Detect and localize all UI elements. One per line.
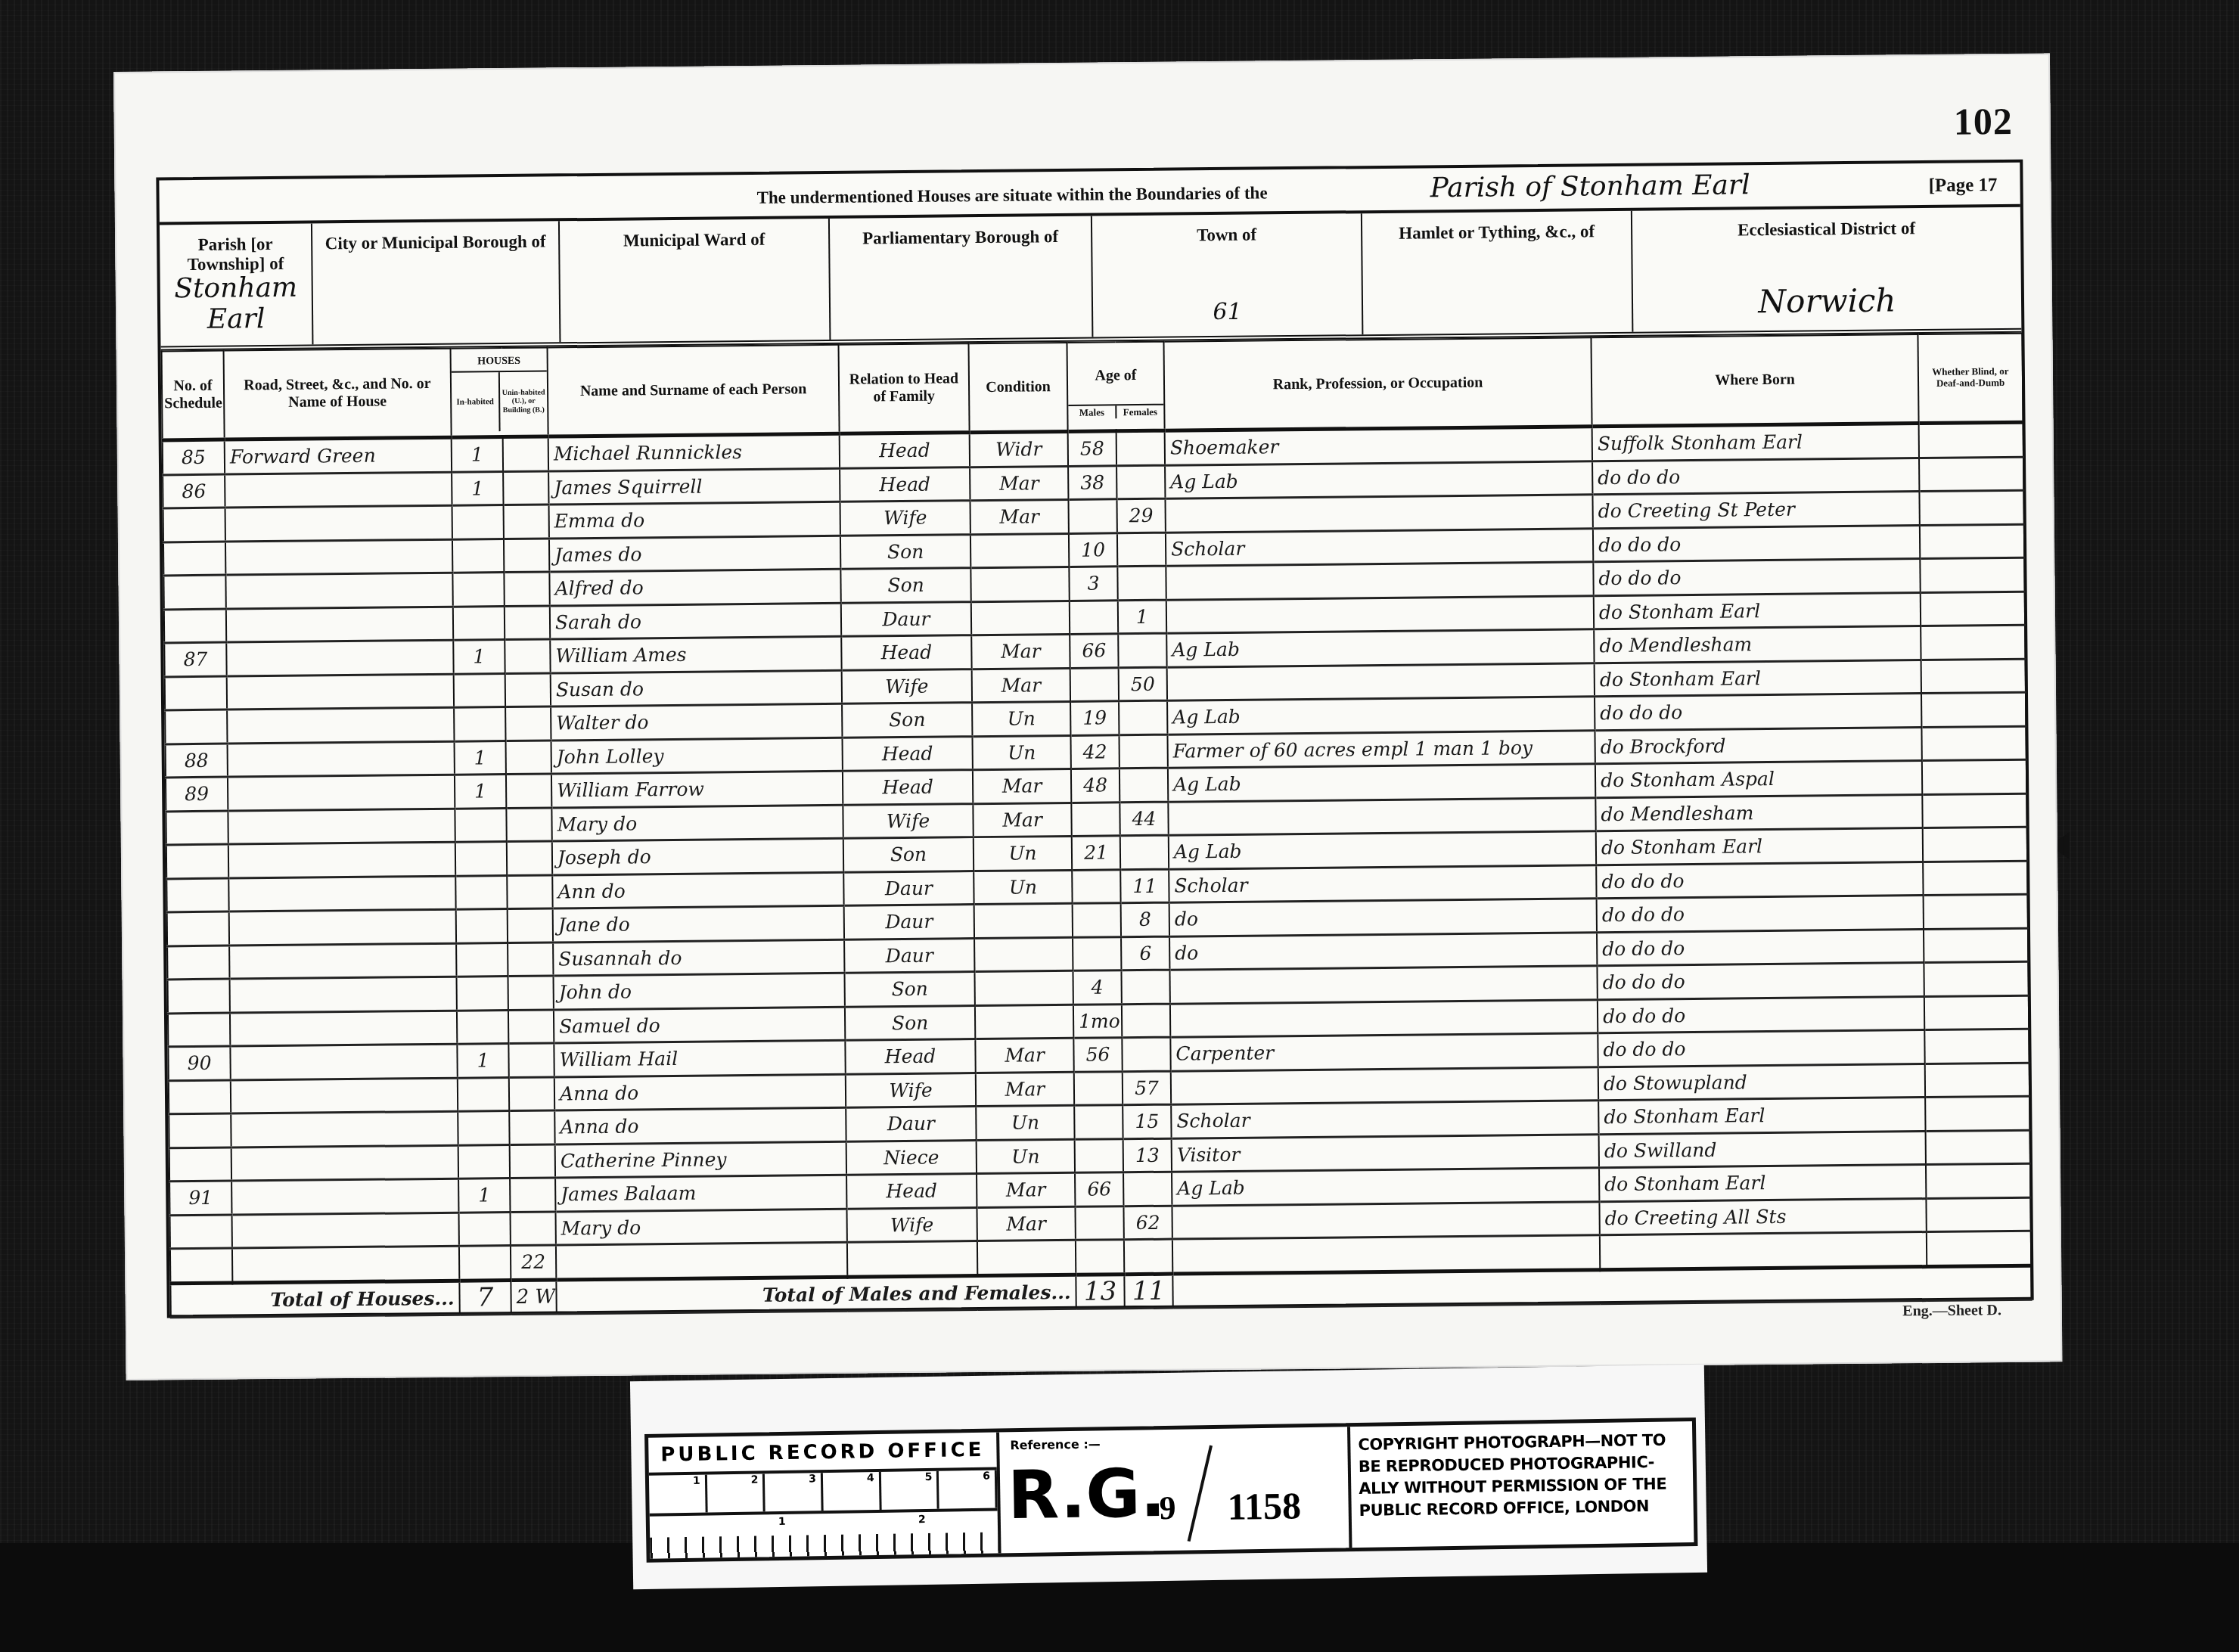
disability-cell	[1925, 1063, 2029, 1098]
relation-cell: Head	[846, 1174, 977, 1209]
inhabited-cell	[459, 1246, 511, 1281]
condition-cell: Mar	[977, 1206, 1075, 1241]
male-age-cell	[1074, 1105, 1123, 1139]
uninhabited-cell	[508, 908, 553, 942]
occupation-cell	[1166, 595, 1594, 633]
birthplace-cell: do do do	[1597, 929, 1924, 966]
uninhabited-cell	[508, 976, 554, 1010]
relation-cell: Wife	[846, 1207, 977, 1242]
female-age-cell: 50	[1119, 667, 1167, 701]
disability-cell	[1920, 524, 2024, 559]
inhabited-cell	[458, 1077, 509, 1111]
schedule-number-cell	[169, 1113, 231, 1147]
parliamentary-borough-label: Parliamentary Borough of	[830, 216, 1091, 250]
boundary-label: The undermentioned Houses are situate wi…	[757, 183, 1268, 207]
disability-cell	[1927, 1231, 2031, 1266]
schedule-number-cell	[170, 1248, 232, 1283]
condition-cell: Un	[972, 701, 1070, 736]
disability-cell	[1926, 1197, 2030, 1232]
birthplace-cell: do Stonham Earl	[1594, 592, 1921, 629]
total-houses-label: Total of Houses...	[170, 1281, 459, 1318]
column-header-row: No. of Schedule Road, Street, &c., and N…	[162, 334, 2023, 440]
condition-cell: Mar	[973, 769, 1071, 803]
condition-cell	[977, 1240, 1076, 1275]
occupation-cell: Scholar	[1166, 528, 1593, 566]
schedule-number-cell	[165, 676, 227, 710]
address-cell	[227, 674, 454, 710]
address-cell	[231, 1145, 458, 1181]
disability-cell	[1924, 894, 2028, 929]
schedule-number-cell	[166, 878, 228, 912]
female-age-cell: 44	[1119, 802, 1168, 836]
condition-cell: Widr	[970, 431, 1068, 467]
uninhabited-cell	[505, 639, 550, 673]
address-cell	[227, 707, 454, 743]
male-age-cell: 3	[1069, 567, 1117, 601]
schedule-number-cell: 85	[163, 439, 225, 474]
condition-cell: Un	[974, 836, 1072, 871]
col-birthplace: Where Born	[1591, 334, 1918, 427]
occupation-cell: Ag Lab	[1165, 461, 1592, 498]
person-name-cell: Jane do	[553, 905, 844, 942]
inhabited-cell	[454, 673, 505, 707]
disability-cell	[1919, 490, 2023, 525]
disability-cell	[1924, 928, 2028, 963]
inhabited-cell	[455, 875, 507, 909]
male-age-cell: 66	[1070, 634, 1118, 668]
schedule-number-cell	[165, 710, 227, 744]
page-number: [Page 17	[1928, 175, 1997, 197]
address-cell	[230, 1011, 457, 1046]
slash-divider	[1188, 1445, 1213, 1542]
disability-cell	[1922, 793, 2026, 828]
male-age-cell: 66	[1075, 1172, 1123, 1206]
female-age-cell: 11	[1120, 869, 1169, 903]
uninhabited-cell	[510, 1211, 555, 1245]
relation-cell: Son	[840, 534, 970, 569]
municipal-borough-label: City or Municipal Borough of	[312, 221, 558, 254]
female-age-cell	[1117, 533, 1166, 567]
copyright-notice: COPYRIGHT PHOTOGRAPH—NOT TO BE REPRODUCE…	[1350, 1421, 1694, 1548]
occupation-cell: Carpenter	[1170, 1033, 1598, 1071]
inhabited-cell	[454, 707, 505, 741]
relation-cell: Wife	[842, 669, 972, 703]
female-age-cell	[1119, 734, 1167, 769]
uninhabited-cell	[506, 740, 551, 774]
occupation-cell	[1168, 797, 1595, 835]
female-age-cell	[1119, 768, 1168, 802]
address-cell	[228, 876, 455, 911]
uninhabited-cell	[508, 1043, 554, 1077]
birthplace-cell: do Creeting St Peter	[1592, 492, 1919, 529]
female-age-cell	[1120, 835, 1169, 869]
piece-class: 9	[1159, 1489, 1176, 1527]
address-cell	[231, 1078, 458, 1113]
hamlet-value	[1363, 321, 1632, 324]
uninhabited-cell	[504, 538, 549, 572]
inhabited-cell: 1	[455, 741, 506, 775]
uninhabited-cell	[506, 774, 551, 808]
birthplace-cell: do Stonham Earl	[1599, 1165, 1926, 1202]
address-cell	[230, 977, 457, 1012]
col-females: Females	[1116, 405, 1163, 419]
col-schedule: No. of Schedule	[162, 351, 225, 440]
condition-cell	[970, 533, 1069, 568]
female-age-cell	[1119, 700, 1167, 734]
male-age-cell: 56	[1073, 1038, 1122, 1072]
address-cell	[225, 505, 452, 541]
male-age-cell: 1mo	[1073, 1004, 1122, 1038]
parliamentary-borough-cell: Parliamentary Borough of	[830, 216, 1094, 340]
ecclesiastical-district-cell: Ecclesiastical District of Norwich	[1632, 207, 2022, 332]
birthplace-cell: do do do	[1593, 525, 1920, 562]
uninhabited-cell	[505, 605, 550, 639]
female-age-cell	[1124, 1239, 1172, 1274]
inhabited-cell: 1	[452, 437, 503, 472]
inhabited-cell	[452, 505, 504, 539]
female-age-cell	[1116, 430, 1165, 465]
disability-cell	[1923, 827, 2027, 862]
schedule-number-cell	[168, 1013, 230, 1047]
inhabited-cell	[457, 1010, 508, 1044]
person-name-cell: Alfred do	[549, 569, 840, 605]
male-age-cell: 58	[1068, 431, 1116, 466]
birthplace-cell: do do do	[1598, 1030, 1924, 1067]
relation-cell: Head	[845, 1039, 975, 1074]
disability-cell	[1921, 592, 2025, 626]
condition-cell	[974, 903, 1073, 938]
col-age: Age of Males Females	[1067, 342, 1164, 432]
ruler-centimetres: 1 2 3 4 5 6	[649, 1470, 998, 1517]
uninhabited-cell	[506, 807, 551, 841]
col-condition: Condition	[968, 343, 1067, 433]
schedule-number-cell	[164, 609, 226, 643]
inhabited-cell: 1	[453, 640, 505, 674]
person-name-cell: James do	[549, 536, 840, 572]
col-houses: HOUSES In-habited Unin-habited (U.), or …	[451, 348, 548, 438]
relation-cell: Head	[842, 736, 972, 771]
occupation-cell: Shoemaker	[1165, 427, 1592, 465]
col-uninhabited: Unin-habited (U.), or Building (B.)	[500, 372, 548, 432]
public-record-office-strip: PUBLIC RECORD OFFICE 1 2 3 4 5 6 1 2 Ref…	[630, 1365, 1707, 1589]
occupation-cell: Scholar	[1171, 1101, 1598, 1138]
uninhabited-cell	[510, 1178, 555, 1212]
relation-cell: Wife	[843, 803, 973, 838]
person-name-cell: Mary do	[551, 805, 843, 841]
schedule-number-cell	[167, 946, 229, 980]
inhabited-cell	[455, 842, 507, 876]
male-age-cell	[1070, 600, 1118, 634]
condition-cell: Mar	[977, 1172, 1075, 1207]
female-age-cell	[1116, 465, 1165, 499]
schedule-number-cell: 87	[164, 642, 226, 676]
occupation-cell: Farmer of 60 acres empl 1 man 1 boy	[1167, 730, 1595, 768]
condition-cell: Mar	[972, 668, 1070, 703]
female-age-cell	[1122, 1037, 1170, 1071]
series-code: R.G.	[1008, 1460, 1166, 1529]
municipal-borough-cell: City or Municipal Borough of	[312, 221, 561, 344]
uninhabited-cell	[509, 1076, 554, 1110]
condition-cell: Un	[977, 1139, 1075, 1174]
birthplace-cell: do do do	[1598, 996, 1924, 1033]
male-age-cell: 21	[1072, 836, 1120, 870]
male-age-cell: 38	[1068, 465, 1116, 499]
disability-cell	[1922, 759, 2026, 794]
town-cell: Town of 61	[1092, 213, 1364, 337]
female-age-cell	[1122, 1004, 1170, 1038]
ecclesiastical-district-label: Ecclesiastical District of	[1632, 207, 2020, 241]
inhabited-cell	[452, 539, 504, 573]
male-age-cell	[1075, 1138, 1123, 1172]
person-name-cell: Anna do	[554, 1074, 846, 1110]
disability-cell	[1926, 1130, 2030, 1165]
parliamentary-borough-value	[831, 327, 1092, 329]
relation-cell: Son	[844, 972, 974, 1007]
folio-number: 102	[1953, 99, 2013, 144]
pro-reference: Reference :— R.G. 9 1158	[999, 1427, 1352, 1553]
boundary-value: Parish of Stonham Earl	[1430, 169, 1750, 203]
col-occupation: Rank, Profession, or Occupation	[1164, 337, 1592, 430]
male-age-cell	[1075, 1206, 1123, 1240]
address-cell	[228, 741, 455, 777]
disability-cell	[1919, 422, 2023, 458]
disability-cell	[1923, 861, 2027, 896]
male-age-cell	[1071, 802, 1119, 836]
male-age-cell	[1076, 1240, 1124, 1275]
disability-cell	[1924, 995, 2029, 1030]
inhabited-cell	[456, 942, 508, 977]
inhabited-cell: 1	[452, 471, 503, 505]
female-age-cell: 29	[1116, 498, 1165, 533]
municipal-ward-label: Municipal Ward of	[560, 219, 828, 252]
male-age-cell: 10	[1069, 533, 1117, 567]
relation-cell	[847, 1241, 977, 1277]
municipal-ward-value	[561, 329, 829, 331]
relation-cell: Son	[845, 1005, 975, 1040]
disability-cell	[1925, 1096, 2029, 1131]
address-cell	[228, 842, 455, 877]
person-name-cell: Anna do	[554, 1107, 846, 1144]
disability-cell	[1919, 457, 2023, 492]
uninhabited-cell	[510, 1144, 555, 1178]
birthplace-cell: do Creeting All Sts	[1599, 1198, 1926, 1235]
relation-cell: Wife	[846, 1073, 976, 1107]
inhabited-cell	[453, 606, 505, 640]
occupation-cell	[1166, 562, 1593, 600]
schedule-number-cell	[166, 811, 228, 845]
schedule-number-cell: 86	[163, 474, 225, 508]
relation-cell: Son	[840, 568, 970, 603]
town-label: Town of	[1092, 213, 1361, 247]
address-cell	[225, 539, 452, 575]
female-age-cell: 15	[1123, 1104, 1171, 1138]
schedule-number-cell	[163, 508, 225, 542]
condition-cell: Mar	[976, 1072, 1074, 1107]
female-age-cell	[1118, 633, 1166, 667]
reference-label: Reference :—	[1010, 1436, 1101, 1452]
census-household-table: No. of Schedule Road, Street, &c., and N…	[161, 333, 2032, 1319]
person-name-cell: Emma do	[549, 501, 840, 538]
col-name: Name and Surname of each Person	[548, 345, 840, 436]
schedule-number-cell	[166, 844, 228, 878]
uninhabited-cell	[505, 672, 551, 706]
male-age-cell: 19	[1070, 701, 1119, 735]
disability-cell	[1921, 692, 2026, 727]
disability-cell	[1926, 1163, 2030, 1198]
male-age-cell: 4	[1073, 970, 1121, 1005]
relation-cell: Daur	[843, 871, 974, 905]
disability-cell	[1920, 557, 2024, 592]
relation-cell: Son	[843, 837, 974, 872]
occupation-cell: Ag Lab	[1167, 697, 1595, 734]
birthplace-cell	[1600, 1232, 1927, 1270]
condition-cell: Mar	[971, 634, 1070, 669]
uninhabited-cell	[505, 706, 551, 741]
person-name-cell: Ann do	[552, 872, 843, 908]
birthplace-cell: do Brockford	[1595, 727, 1921, 764]
municipal-ward-cell: Municipal Ward of	[560, 219, 831, 342]
schedule-number-cell: 91	[169, 1181, 231, 1215]
address-cell	[232, 1246, 459, 1282]
birthplace-cell: do do do	[1593, 559, 1920, 596]
condition-cell	[970, 567, 1069, 601]
occupation-cell	[1170, 999, 1598, 1037]
col-males: Males	[1068, 405, 1116, 419]
schedule-number-cell: 90	[168, 1046, 230, 1080]
uninhabited-cell	[507, 841, 552, 875]
schedule-number-cell	[163, 575, 225, 609]
person-name-cell: James Balaam	[555, 1175, 846, 1211]
condition-cell	[975, 1005, 1073, 1039]
uninhabited-cell	[504, 572, 549, 606]
person-name-cell	[556, 1242, 847, 1279]
schedule-number-cell	[163, 542, 225, 576]
person-name-cell: Catherine Pinney	[555, 1141, 846, 1178]
occupation-cell	[1172, 1201, 1599, 1239]
household-rows: 85Forward Green1Michael RunnicklesHeadWi…	[163, 422, 2032, 1283]
pro-office-label: PUBLIC RECORD OFFICE	[648, 1433, 997, 1476]
female-age-cell: 6	[1121, 936, 1169, 970]
occupation-cell: Ag Lab	[1172, 1168, 1599, 1206]
inhabited-cell: 1	[455, 775, 506, 809]
birthplace-cell: do Stonham Earl	[1598, 1098, 1925, 1135]
inhabited-cell	[458, 1212, 510, 1246]
schedule-number-cell	[170, 1215, 232, 1249]
person-name-cell: Sarah do	[550, 603, 841, 639]
male-age-cell	[1070, 667, 1119, 701]
person-name-cell: John Lolley	[551, 737, 843, 774]
ecclesiastical-district-value: Norwich	[1633, 281, 2021, 321]
inhabited-cell	[452, 573, 504, 607]
disability-cell	[1921, 726, 2026, 761]
person-name-cell: William Farrow	[551, 771, 843, 807]
female-age-cell: 13	[1123, 1138, 1172, 1172]
inhabited-cell: 1	[457, 1044, 508, 1078]
age-group-label: Age of	[1068, 353, 1164, 400]
address-cell	[231, 1178, 458, 1214]
inhabited-cell	[458, 1144, 510, 1178]
inhabited-cell	[458, 1111, 509, 1145]
person-name-cell: Joseph do	[552, 838, 843, 874]
condition-cell: Un	[972, 735, 1070, 770]
disability-cell	[1921, 659, 2026, 694]
occupation-cell	[1167, 663, 1595, 700]
condition-cell: Un	[974, 870, 1072, 905]
occupation-cell: do	[1169, 899, 1597, 936]
relation-cell: Wife	[840, 501, 970, 536]
condition-cell: Mar	[975, 1038, 1073, 1073]
inhabited-cell	[455, 808, 506, 842]
female-age-cell: 8	[1121, 902, 1169, 936]
schedule-number-cell	[169, 1147, 231, 1182]
address-cell	[228, 775, 455, 810]
uninhabited-cell	[503, 436, 548, 471]
uninhabited-cell	[508, 942, 553, 976]
inhabited-cell	[456, 909, 508, 943]
male-age-cell: 48	[1071, 769, 1119, 803]
birthplace-cell: do do do	[1595, 694, 1921, 731]
female-age-cell	[1117, 566, 1166, 600]
col-inhabited: In-habited	[452, 372, 501, 432]
person-name-cell: Susannah do	[553, 939, 844, 976]
female-age-cell: 1	[1118, 600, 1166, 634]
person-name-cell: John do	[553, 973, 844, 1009]
person-name-cell: James Squirrell	[548, 468, 840, 505]
male-age-cell: 42	[1070, 734, 1119, 769]
relation-cell: Daur	[841, 601, 971, 636]
address-cell	[226, 640, 453, 675]
occupation-cell	[1171, 1067, 1598, 1104]
disability-cell	[1921, 625, 2025, 660]
male-age-cell	[1072, 869, 1120, 903]
birthplace-cell: Suffolk Stonham Earl	[1592, 424, 1919, 461]
uninhabited-cell	[507, 874, 552, 908]
schedule-number-cell: 88	[166, 744, 228, 778]
uninhabited-cell	[503, 471, 548, 505]
birthplace-cell: do do do	[1596, 862, 1923, 899]
uninhabited-cell	[509, 1110, 554, 1144]
relation-cell: Head	[840, 467, 970, 501]
schedule-number-cell: 89	[166, 777, 228, 811]
person-name-cell: Michael Runnickles	[548, 433, 840, 470]
relation-cell: Head	[843, 770, 973, 805]
birthplace-cell: do Stonham Earl	[1596, 828, 1923, 865]
birthplace-cell: do Mendlesham	[1595, 794, 1922, 831]
person-name-cell: Mary do	[555, 1209, 846, 1245]
occupation-cell	[1172, 1235, 1600, 1274]
relation-cell: Daur	[846, 1107, 976, 1141]
town-value: 61	[1093, 297, 1362, 326]
census-sheet: 102 The undermentioned Houses are situat…	[113, 53, 2062, 1380]
female-age-cell: 57	[1123, 1071, 1171, 1105]
occupation-cell	[1169, 966, 1597, 1004]
address-cell	[231, 1111, 458, 1147]
person-name-cell: Susan do	[551, 670, 842, 706]
person-name-cell: William Ames	[550, 636, 841, 672]
relation-cell: Head	[841, 635, 971, 670]
birthplace-cell: do do do	[1597, 896, 1924, 933]
birthplace-cell: do Swilland	[1599, 1131, 1926, 1168]
relation-cell: Son	[842, 703, 972, 737]
relation-cell: Head	[840, 433, 970, 468]
parish-label: Parish [or Township] of	[160, 224, 312, 276]
col-disability: Whether Blind, or Deaf-and-Dumb	[1918, 334, 2023, 424]
condition-cell	[974, 937, 1073, 972]
sheet-code: Eng.—Sheet D.	[1902, 1302, 2001, 1320]
address-cell	[229, 909, 456, 945]
birthplace-cell: do Stowupland	[1598, 1064, 1925, 1101]
address-cell	[225, 472, 452, 508]
